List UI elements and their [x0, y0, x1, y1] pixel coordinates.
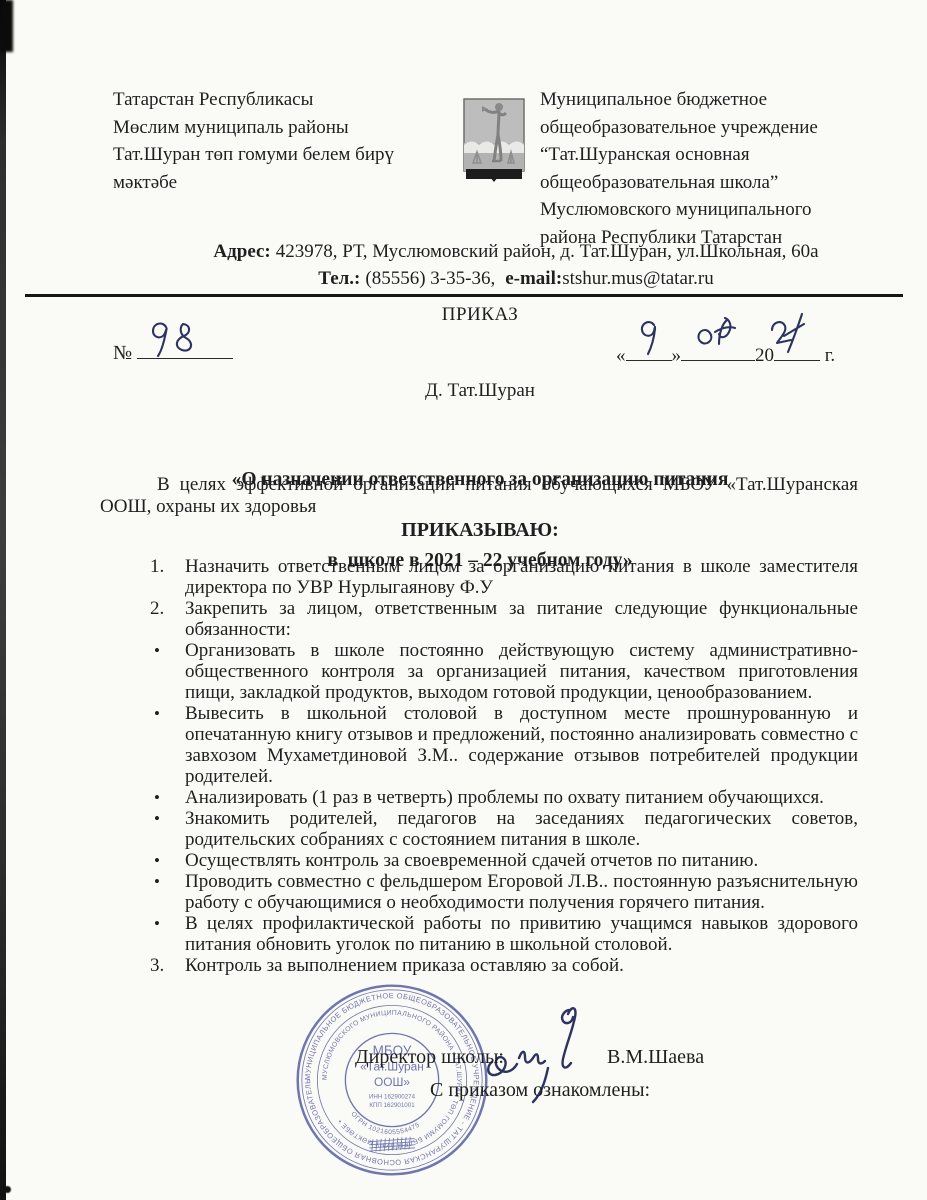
list-item-text: Анализировать (1 раз в четверть) проблем… — [185, 787, 824, 808]
letterhead-russian: Муниципальное бюджетное общеобразователь… — [540, 86, 885, 251]
list-item-text: Знакомить родителей, педагогов на заседа… — [185, 808, 858, 850]
stamp-center-line3: ООШ» — [374, 1075, 410, 1089]
list-marker: • — [154, 703, 187, 724]
list-item-text: Вывесить в школьной столовой в доступном… — [185, 703, 858, 787]
list-item-text: Назначить ответственным лицом за организ… — [185, 556, 858, 598]
list-item: •Осуществлять контроль за своевременной … — [100, 850, 858, 871]
letterhead-line: мәктәбе — [113, 169, 453, 197]
letterhead-line: общеобразовательное учреждение — [540, 114, 885, 142]
date-month-blank: 08 — [681, 338, 755, 361]
order-items-list: 1.Назначить ответственным лицом за орган… — [100, 556, 858, 976]
document-type-heading: ПРИКАЗ — [100, 304, 860, 326]
order-number-label: № — [113, 342, 132, 364]
letterhead-line: Татарстан Республикасы — [113, 86, 453, 114]
list-item-text: Осуществлять контроль за своевременной с… — [185, 850, 758, 871]
list-marker: 1. — [150, 556, 183, 577]
list-item: 2.Закрепить за лицом, ответственным за п… — [100, 598, 858, 640]
list-item: •Вывесить в школьной столовой в доступно… — [100, 703, 858, 787]
letterhead-line: Мөслим муниципаль районы — [113, 114, 453, 142]
date-suffix: г. — [825, 345, 835, 366]
list-marker: • — [154, 808, 187, 829]
date-day-blank: 9 — [626, 338, 672, 361]
list-item-text: Закрепить за лицом, ответственным за пит… — [185, 598, 858, 640]
address-value: 423978, РТ, Муслюмовский район, д. Тат.Ш… — [276, 241, 819, 262]
stamp-inn: ИНН 162900274 — [369, 1094, 416, 1101]
scanned-order-document: Татарстан Республикасы Мөслим муниципаль… — [0, 0, 927, 1200]
date-open-quote: « — [616, 345, 626, 366]
phone-label: Тел.: — [318, 268, 360, 289]
list-marker: • — [154, 787, 187, 808]
letterhead-line: Муниципальное бюджетное — [540, 86, 885, 114]
order-number-blank: 98 — [137, 336, 233, 359]
letterhead-tatar: Татарстан Республикасы Мөслим муниципаль… — [113, 86, 453, 196]
stamp-kpp: КПП 162901001 — [369, 1102, 415, 1109]
list-item: •Анализировать (1 раз в четверть) пробле… — [100, 787, 858, 808]
phone-value: (85556) 3-35-36, — [365, 268, 495, 289]
list-item: 1.Назначить ответственным лицом за орган… — [100, 556, 858, 598]
director-name: В.М.Шаева — [607, 1046, 704, 1069]
list-marker: 2. — [150, 598, 183, 619]
list-item-text: В целях профилактической работы по приви… — [185, 913, 858, 955]
list-marker: 3. — [150, 955, 183, 976]
acknowledgement-line: С приказом ознакомлены: — [430, 1079, 650, 1102]
letterhead-line: общеобразовательная школа” — [540, 169, 885, 197]
phone-email-line: Тел.:(85556) 3-35-36,e-mail:stshur.mus@t… — [110, 265, 922, 292]
order-date-row: « 9 » 08 20 21 г. — [616, 338, 835, 367]
order-number-row: № 98 — [113, 336, 233, 365]
contact-block: Адрес:423978, РТ, Муслюмовский район, д.… — [110, 238, 922, 292]
list-item: •Знакомить родителей, педагогов на засед… — [100, 808, 858, 850]
coat-of-arms-emblem — [462, 97, 526, 188]
letterhead-divider-line — [25, 294, 903, 297]
coat-of-arms-icon — [462, 97, 526, 183]
email-value: stshur.mus@tatar.ru — [562, 268, 714, 289]
order-resolve-heading: ПРИКАЗЫВАЮ: — [100, 519, 860, 542]
list-marker: • — [154, 640, 187, 661]
scan-corner-artifact — [0, 0, 13, 52]
list-item: •Проводить совместно с фельдшером Егоров… — [100, 871, 858, 913]
letterhead-line: Тат.Шуран төп гомуми белем бирү — [113, 141, 453, 169]
list-marker: • — [154, 913, 187, 934]
list-item: •Организовать в школе постоянно действую… — [100, 640, 858, 703]
date-close-quote: » — [672, 345, 682, 366]
email-label: e-mail: — [505, 268, 562, 289]
address-line: Адрес:423978, РТ, Муслюмовский район, д.… — [110, 238, 922, 265]
list-marker: • — [154, 871, 187, 892]
letterhead-line: Муслюмовского муниципального — [540, 196, 885, 224]
letterhead-line: “Тат.Шуранская основная — [540, 141, 885, 169]
order-intro-paragraph: В целях эффективной организации питания … — [100, 474, 858, 517]
list-marker: • — [154, 850, 187, 871]
scan-speck — [4, 1186, 11, 1193]
scan-edge-artifact — [0, 0, 6, 1200]
address-label: Адрес: — [213, 241, 270, 262]
list-item: •В целях профилактической работы по прив… — [100, 913, 858, 955]
date-year-blank: 21 — [774, 338, 820, 361]
list-item-text: Проводить совместно с фельдшером Егорово… — [185, 871, 858, 913]
order-place: Д. Тат.Шуран — [100, 380, 860, 402]
date-year-prefix: 20 — [755, 345, 774, 366]
director-label: Директор школы: — [355, 1046, 504, 1069]
list-item-text: Организовать в школе постоянно действующ… — [185, 640, 858, 703]
